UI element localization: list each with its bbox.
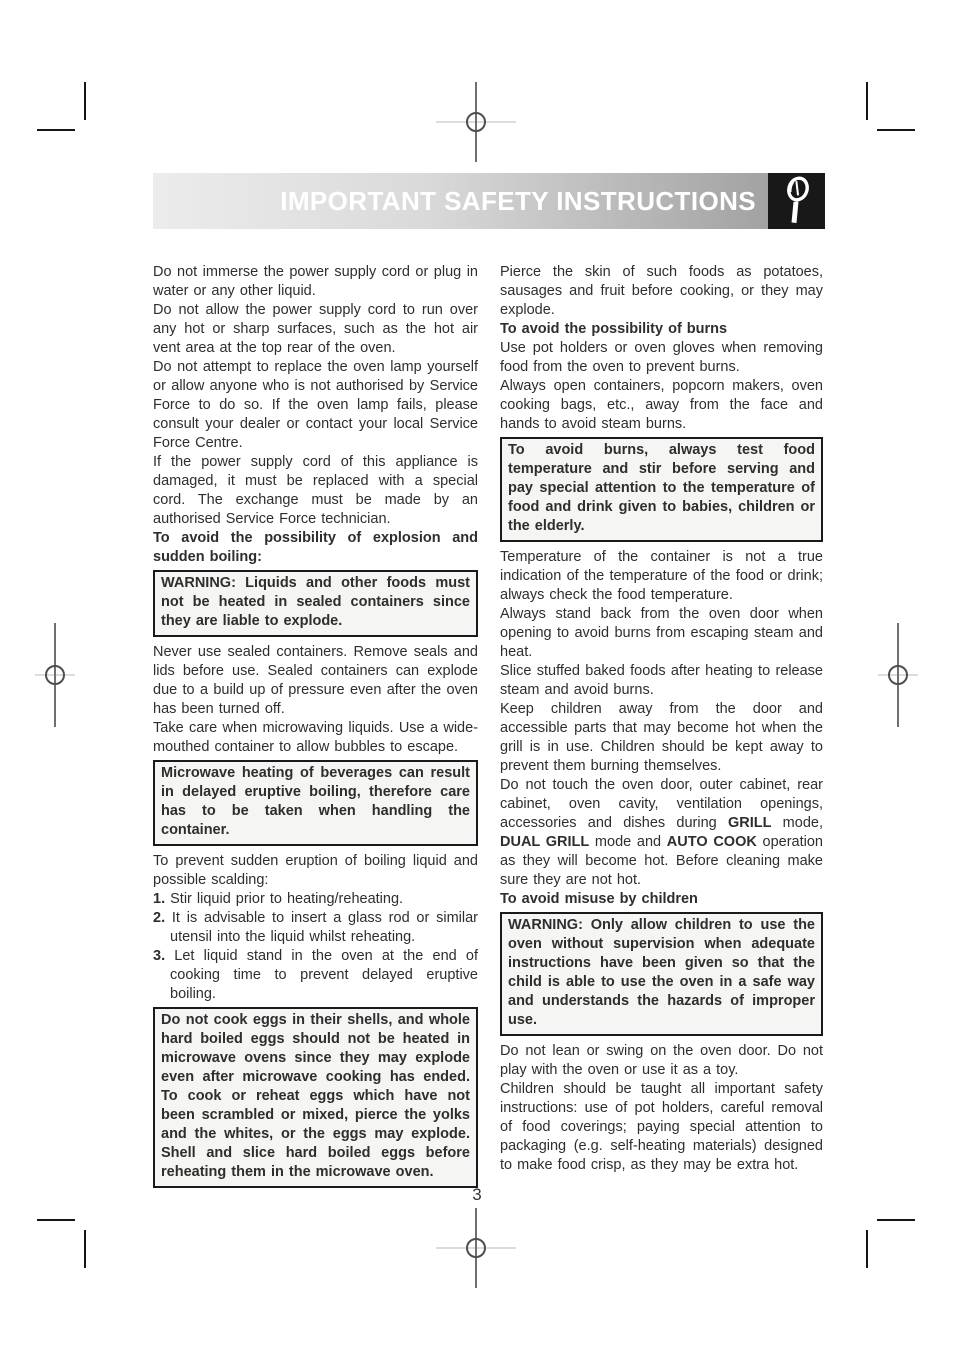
paragraph: Children should be taught all important … [500, 1080, 823, 1175]
section-heading: To avoid misuse by children [500, 890, 823, 909]
numbered-list-item: 1. Stir liquid prior to heating/reheatin… [153, 890, 478, 909]
right-column: Pierce the skin of such foods as potatoe… [500, 263, 823, 1175]
paragraph: Use pot holders or oven gloves when remo… [500, 339, 823, 377]
warning-box: WARNING: Only allow children to use the … [500, 912, 823, 1036]
crop-mark-bottom-left-horizontal [37, 1219, 75, 1221]
section-header: IMPORTANT SAFETY INSTRUCTIONS [153, 173, 825, 229]
crop-mark-bottom-right-horizontal [877, 1219, 915, 1221]
warning-box: WARNING: Liquids and other foods must no… [153, 570, 478, 637]
warning-box: Microwave heating of beverages can resul… [153, 760, 478, 846]
crop-mark-top-left-horizontal [37, 129, 75, 131]
registration-mark-circle [888, 665, 908, 685]
warning-box: To avoid burns, always test food tempera… [500, 437, 823, 542]
paragraph: Temperature of the container is not a tr… [500, 548, 823, 605]
paragraph: Pierce the skin of such foods as potatoe… [500, 263, 823, 320]
paragraph: Do not allow the power supply cord to ru… [153, 301, 478, 358]
paragraph: If the power supply cord of this applian… [153, 453, 478, 529]
manual-page: { "header": { "title": "IMPORTANT SAFETY… [0, 0, 954, 1351]
paragraph: Do not immerse the power supply cord or … [153, 263, 478, 301]
crop-mark-top-right-vertical [866, 82, 868, 120]
paragraph: Slice stuffed baked foods after heating … [500, 662, 823, 700]
paragraph: Never use sealed containers. Remove seal… [153, 643, 478, 719]
crop-mark-top-right-horizontal [877, 129, 915, 131]
list-item-number: 2. [153, 910, 172, 926]
paragraph: Keep children away from the door and acc… [500, 700, 823, 776]
warning-box: Do not cook eggs in their shells, and wh… [153, 1007, 478, 1188]
crop-mark-top-left-vertical [84, 82, 86, 120]
paragraph: Do not attempt to replace the oven lamp … [153, 358, 478, 453]
list-item-number: 1. [153, 891, 170, 907]
paragraph: Always open containers, popcorn makers, … [500, 377, 823, 434]
left-column: Do not immerse the power supply cord or … [153, 263, 478, 1194]
header-gradient-bar: IMPORTANT SAFETY INSTRUCTIONS [153, 173, 768, 229]
numbered-list-item: 3. Let liquid stand in the oven at the e… [153, 947, 478, 1004]
crop-mark-bottom-right-vertical [866, 1230, 868, 1268]
paragraph: To prevent sudden eruption of boiling li… [153, 852, 478, 890]
paragraph: Always stand back from the oven door whe… [500, 605, 823, 662]
page-number: 3 [0, 1185, 954, 1205]
page-title: IMPORTANT SAFETY INSTRUCTIONS [280, 186, 756, 217]
paragraph: Take care when microwaving liquids. Use … [153, 719, 478, 757]
list-item-number: 3. [153, 948, 174, 964]
registration-mark-circle [45, 665, 65, 685]
paragraph: Do not touch the oven door, outer cabine… [500, 776, 823, 890]
paragraph: Do not lean or swing on the oven door. D… [500, 1042, 823, 1080]
section-heading: To avoid the possibility of explosion an… [153, 529, 478, 567]
section-heading: To avoid the possibility of burns [500, 320, 823, 339]
registration-mark-circle [466, 1238, 486, 1258]
registration-mark-circle [466, 112, 486, 132]
magnifying-glass-icon [768, 173, 825, 229]
crop-mark-bottom-left-vertical [84, 1230, 86, 1268]
numbered-list-item: 2. It is advisable to insert a glass rod… [153, 909, 478, 947]
